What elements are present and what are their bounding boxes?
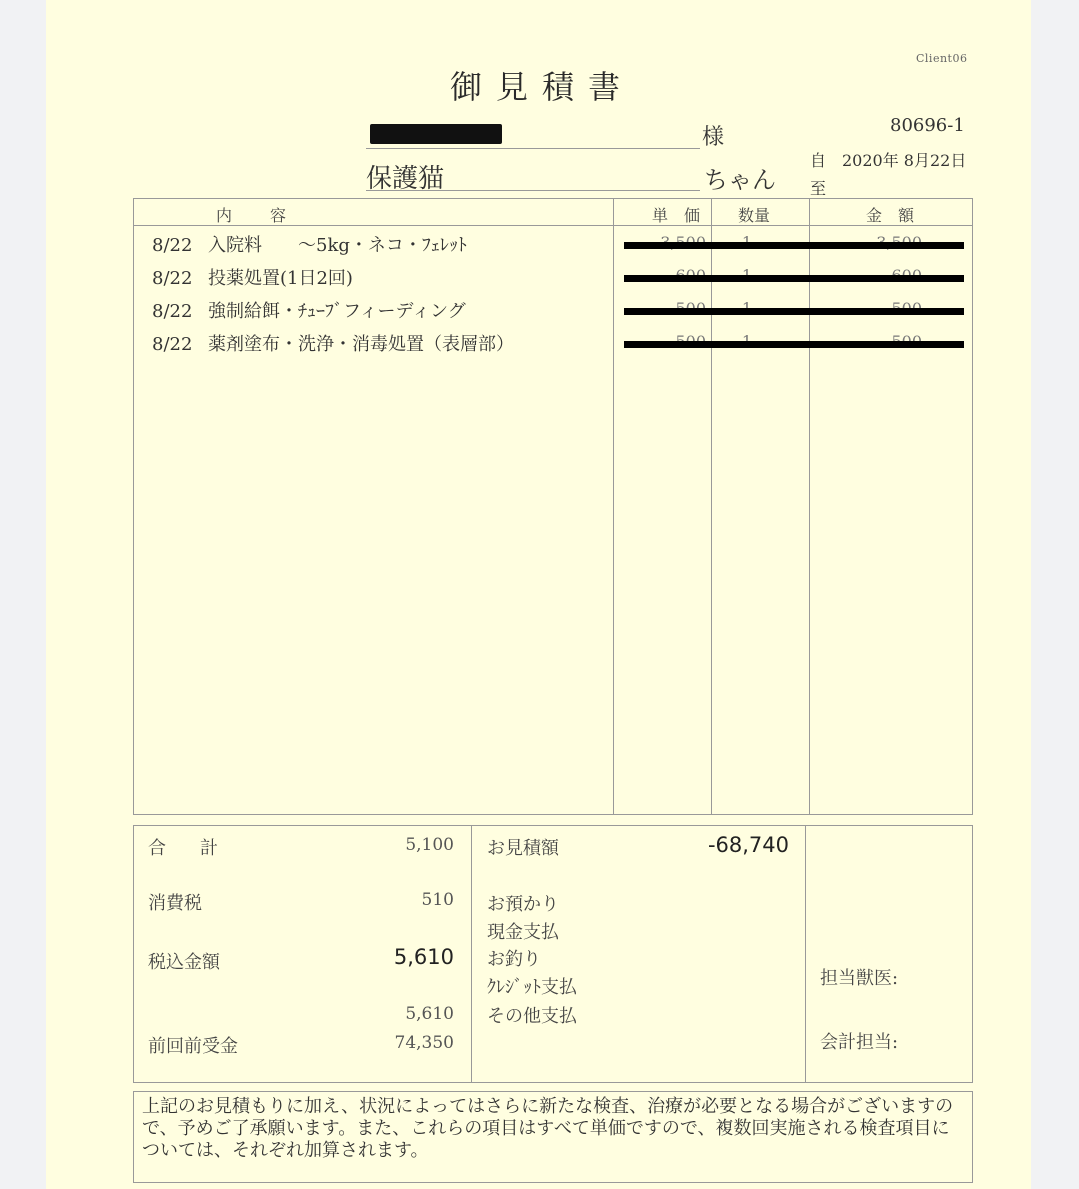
disclaimer-note: 上記のお見積もりに加え、状況によってはさらに新たな検査、治療が必要となる場合がご… [133, 1091, 973, 1183]
column-divider [805, 826, 806, 1082]
other-payment-label: その他支払 [487, 1002, 577, 1028]
change-label: お釣り [487, 945, 541, 971]
redaction-bar [370, 124, 502, 144]
client-code: Client06 [916, 52, 967, 65]
tax-label: 消費税 [148, 889, 202, 915]
period-from-label: 自 [810, 148, 826, 171]
pet-name: 保護猫 [366, 158, 444, 195]
pet-name-field: 保護猫 [366, 158, 700, 191]
strikethrough-bar [624, 308, 964, 315]
estimate-label: お見積額 [487, 834, 559, 860]
accounting-label: 会計担当: [820, 1028, 898, 1054]
prev-advance-label: 前回前受金 [148, 1032, 238, 1058]
row-description: 入院料 ～5kg・ネコ・ﾌｪﾚｯﾄ [208, 235, 467, 256]
row-date: 8/22 [152, 235, 208, 256]
blank-row-value: 5,610 [334, 1004, 454, 1024]
strikethrough-bar [624, 242, 964, 249]
owner-honorific: 様 [702, 120, 724, 151]
reference-number: 80696-1 [890, 115, 965, 136]
vet-label: 担当獣医: [820, 964, 898, 990]
customer-name-field [366, 118, 700, 149]
tax-value: 510 [334, 890, 454, 910]
line-items-table: 内 容 単 価 数量 金 額 8/22入院料 ～5kg・ネコ・ﾌｪﾚｯﾄ3,50… [133, 198, 973, 815]
period-to-label: 至 [810, 176, 826, 199]
table-row: 8/22強制給餌・ﾁｭｰﾌﾞフィーディング [152, 297, 466, 323]
column-divider [711, 199, 712, 814]
estimate-value: -68,740 [669, 833, 789, 857]
row-description: 強制給餌・ﾁｭｰﾌﾞフィーディング [208, 301, 466, 322]
strikethrough-bar [624, 341, 964, 348]
deposit-label: お預かり [487, 890, 559, 916]
header-unit-price: 単 価 [652, 203, 700, 226]
row-date: 8/22 [152, 301, 208, 322]
header-amount: 金 額 [866, 203, 914, 226]
total-incl-tax-label: 税込金額 [148, 948, 220, 974]
total-incl-tax-value: 5,610 [334, 945, 454, 969]
subtotal-value: 5,100 [334, 835, 454, 855]
row-description: 投薬処置(1日2回) [208, 268, 353, 289]
column-divider [613, 199, 614, 814]
table-row: 8/22薬剤塗布・洗浄・消毒処置（表層部） [152, 330, 514, 356]
period-from-date: 2020年 8月22日 [842, 148, 966, 171]
column-divider [809, 199, 810, 814]
document-title: 御見積書 [450, 62, 634, 108]
table-row: 8/22入院料 ～5kg・ネコ・ﾌｪﾚｯﾄ [152, 231, 467, 257]
row-date: 8/22 [152, 334, 208, 355]
credit-label: ｸﾚｼﾞｯﾄ支払 [487, 973, 577, 999]
header-description: 内 容 [216, 203, 288, 226]
prev-advance-value: 74,350 [334, 1033, 454, 1053]
strikethrough-bar [624, 275, 964, 282]
cash-label: 現金支払 [487, 918, 559, 944]
row-date: 8/22 [152, 268, 208, 289]
subtotal-label: 合 計 [148, 834, 226, 860]
summary-section: 合 計 5,100 消費税 510 税込金額 5,610 5,610 前回前受金… [133, 825, 973, 1083]
table-row: 8/22投薬処置(1日2回) [152, 264, 353, 290]
pet-honorific: ちゃん [704, 160, 776, 195]
column-divider [471, 826, 472, 1082]
header-quantity: 数量 [738, 203, 770, 226]
row-description: 薬剤塗布・洗浄・消毒処置（表層部） [208, 334, 514, 355]
